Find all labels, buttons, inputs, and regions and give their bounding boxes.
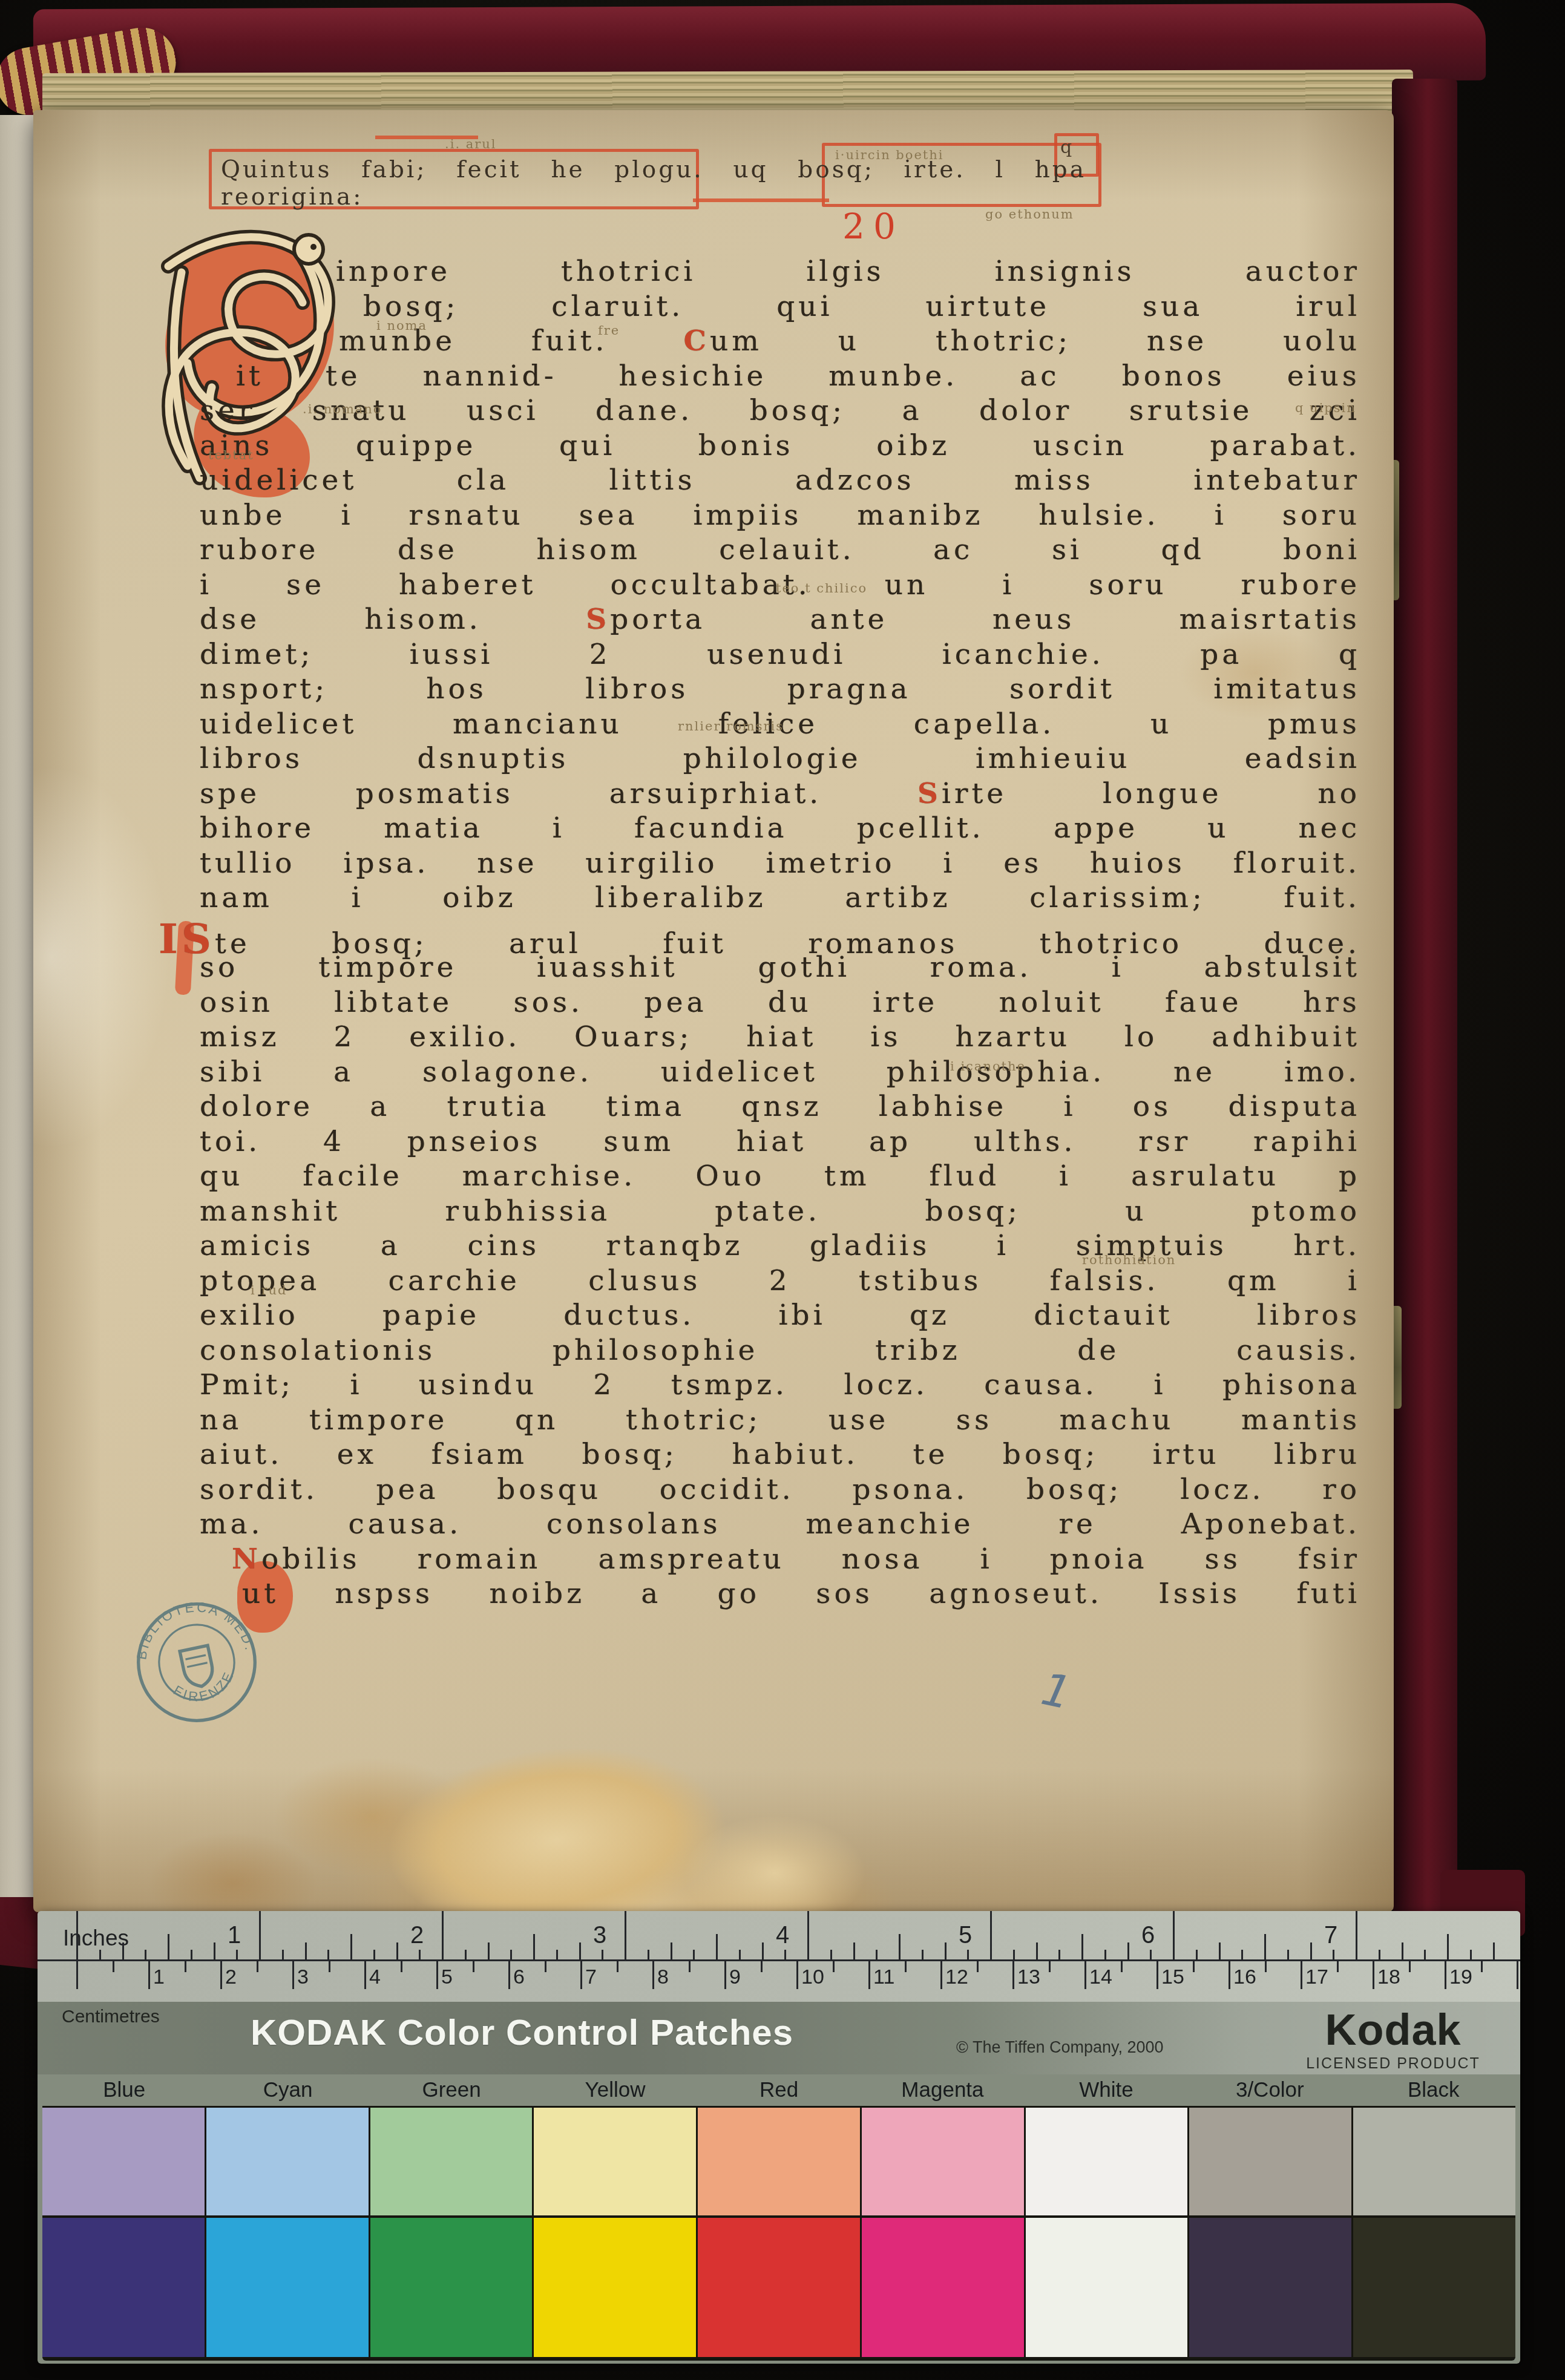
cm-number: 9 [729,1965,741,1989]
half-cm-tick [329,1961,330,1972]
patch-label-yellow: Yellow [585,2078,646,2102]
inch-sub-tick [488,1942,490,1959]
patch-tint-blue [42,2108,205,2215]
inch-sub-tick [1493,1942,1495,1959]
inch-tick [625,1911,626,1959]
patch-labels-row: BlueCyanGreenYellowRedMagentaWhite3/Colo… [38,2074,1520,2106]
cm-number: 12 [945,1965,968,1989]
half-cm-tick [113,1961,114,1972]
patch-solid-3-color [1189,2218,1351,2357]
inch-number: 2 [410,1922,424,1949]
half-cm-tick [761,1961,763,1972]
stamp-arc-bottom: FIRENZE [168,1665,242,1710]
manuscript-line: inpore thotrici ilgis insignis auctor [336,257,1360,286]
inch-number: 6 [1141,1922,1155,1949]
inch-tick [259,1911,261,1959]
inch-sub-tick [1013,1950,1015,1959]
patch-label-white: White [1079,2078,1133,2102]
patch-tint-magenta [862,2108,1024,2215]
patch-solid-blue [42,2218,205,2357]
cm-tick [1157,1961,1158,1989]
manuscript-line: dimet; iussi 2 usenudi icanchie. pa q [200,640,1360,669]
manuscript-line: rubore dse hisom celauit. ac si qd boni [200,536,1360,564]
half-cm-tick [1481,1961,1483,1972]
book-cover-right-edge [1392,79,1457,1912]
patch-solid-cyan [206,2218,369,2357]
half-cm-tick [185,1961,186,1972]
patch-grid [42,2106,1515,2361]
patch-solid-black [1353,2218,1515,2357]
half-cm-tick [1337,1961,1339,1972]
ruler-divider-line [38,1959,1520,1961]
inch-sub-tick [648,1950,649,1959]
cm-tick [940,1961,942,1989]
manuscript-line: libros dsnuptis philologie imhieuiu eads… [200,744,1360,773]
cm-tick [148,1961,150,1989]
manuscript-line: munbe fuit. Cum u thotric; nse uolu [339,327,1360,355]
inch-sub-tick [510,1950,512,1959]
inch-sub-tick [327,1950,329,1959]
manuscript-line: sibi a solagone. uidelicet philosophia. … [200,1058,1360,1086]
interlinear-gloss: go ethonum [985,207,1074,221]
patch-solid-yellow [534,2218,696,2357]
manuscript-line: amicis a cins rtanqbz gladiis i simptuis… [200,1231,1360,1260]
cm-tick [580,1961,582,1989]
manuscript-line: bihore matia i facundia pcellit. appe u … [200,814,1360,842]
half-cm-tick [473,1961,474,1972]
manuscript-line: toi. 4 pnseios sum hiat ap ulths. rsr ra… [200,1127,1360,1156]
inch-sub-tick [465,1950,467,1959]
kodak-title: KODAK Color Control Patches [251,2011,793,2053]
cm-tick [1301,1961,1302,1989]
inch-sub-tick [762,1942,764,1959]
inch-sub-tick [579,1942,581,1959]
cm-number: 15 [1161,1965,1184,1989]
half-cm-tick [401,1961,402,1972]
inch-number: 7 [1324,1922,1337,1949]
cm-number: 18 [1377,1965,1400,1989]
inch-sub-tick [122,1942,124,1959]
centimetres-label: Centimetres [62,2007,160,2027]
interlinear-gloss: i·uircin boethi [835,148,944,162]
patch-solid-red [698,2218,860,2357]
cm-tick [724,1961,726,1989]
inch-sub-tick [1036,1942,1038,1959]
interlinear-gloss: .i. nomano [303,402,382,416]
photograph-canvas: Quintus fabi; fecit he plogu. uq bosq; i… [0,0,1565,2380]
cm-tick [868,1961,870,1989]
inch-sub-tick [1104,1950,1106,1959]
interlinear-gloss: teo t chilico [776,581,867,595]
manuscript-line: so timpore iuasshit gothi roma. i abstul… [200,953,1360,982]
inch-sub-tick [99,1950,101,1959]
inch-number: 5 [959,1922,972,1949]
inch-sub-tick [739,1950,741,1959]
inch-sub-tick [1150,1950,1152,1959]
inch-sub-tick [533,1934,535,1959]
manuscript-line: nsport; hos libros pragna sordit imitatu… [200,675,1360,703]
manuscript-line: it te nannid- hesichie munbe. ac bonos e… [236,362,1360,390]
kodak-color-control-strip: Inches 123456712345678910111213141516171… [38,1911,1520,2364]
inch-number: 3 [593,1922,606,1949]
cm-number: 4 [369,1965,381,1989]
inch-sub-tick [1424,1950,1426,1959]
inch-sub-tick [602,1950,603,1959]
interlinear-gloss: i rud [251,1283,287,1297]
manuscript-line: ma. causa. consolans meanchie re Aponeba… [200,1510,1360,1538]
interlinear-gloss: rothohiation [1082,1253,1176,1267]
beast-head [294,235,323,264]
patch-label-black: Black [1408,2078,1460,2102]
half-cm-tick [977,1961,979,1972]
inch-sub-tick [1264,1934,1266,1959]
cm-tick [508,1961,510,1989]
manuscript-line: bosq; claruit. qui uirtute sua irul [363,292,1360,321]
tiffen-copyright: © The Tiffen Company, 2000 [956,2038,1164,2057]
patch-tint-red [698,2108,860,2215]
cm-tick [1084,1961,1086,1989]
inch-sub-tick [784,1950,786,1959]
patch-label-cyan: Cyan [263,2078,313,2102]
inch-sub-tick [1333,1950,1334,1959]
interlinear-gloss: i icanothe [950,1059,1026,1074]
inch-sub-tick [1379,1950,1380,1959]
manuscript-line: unbe i rsnatu sea impiis manibz hulsie. … [200,501,1360,529]
inch-tick [1356,1911,1357,1959]
half-cm-tick [1193,1961,1195,1972]
half-cm-tick [1121,1961,1123,1972]
inch-sub-tick [191,1950,192,1959]
inch-sub-tick [1058,1950,1060,1959]
half-cm-tick [617,1961,618,1972]
cm-tick [220,1961,222,1989]
manuscript-line: sordit. pea bosqu occidit. psona. bosq; … [200,1475,1360,1504]
cm-number: 10 [801,1965,824,1989]
inch-sub-tick [967,1950,969,1959]
patch-tint-cyan [206,2108,369,2215]
manuscript-line: dolore a trutia tima qnsz labhise i os d… [200,1092,1360,1121]
cm-number: 13 [1017,1965,1040,1989]
inch-sub-tick [396,1942,398,1959]
inch-sub-tick [922,1950,924,1959]
cm-number: 17 [1305,1965,1328,1989]
inch-sub-tick [671,1942,672,1959]
cm-number: 19 [1449,1965,1472,1989]
cm-number: 7 [585,1965,597,1989]
inches-label: Inches [63,1926,129,1951]
cm-tick [796,1961,798,1989]
patch-tint-green [370,2108,533,2215]
half-cm-tick [1265,1961,1267,1972]
manuscript-line: manshit rubhissia ptate. bosq; u ptomo [200,1197,1360,1225]
inch-tick [442,1911,444,1959]
patch-label-green: Green [422,2078,481,2102]
inch-sub-tick [419,1950,421,1959]
cm-tick [1373,1961,1374,1989]
manuscript-line: na timpore qn thotric; use ss machu mant… [200,1406,1360,1434]
inch-sub-tick [693,1950,695,1959]
manuscript-line: nam i oibz liberalibz artibz clarissim; … [200,883,1360,912]
inch-tick [990,1911,992,1959]
inch-sub-tick [373,1950,375,1959]
half-cm-tick [1049,1961,1051,1972]
manuscript-line: ptopea carchie clusus 2 tstibus falsis. … [200,1267,1360,1295]
interlinear-gloss: rnlier romsris [678,719,784,733]
patch-solid-white [1026,2218,1188,2357]
cm-tick [1517,1961,1518,1989]
inch-sub-tick [1219,1942,1221,1959]
interlinear-gloss: fre [598,323,620,338]
rubric-text: Quintus fabi; fecit he plogu. uq bosq; i… [221,156,1086,211]
inch-sub-tick [305,1942,307,1959]
inch-sub-tick [716,1934,718,1959]
manuscript-line: ains quippe qui bonis oibz uscin parabat… [200,431,1360,460]
inch-tick [76,1911,78,1959]
patch-label-magenta: Magenta [901,2078,983,2102]
inch-sub-tick [1287,1950,1289,1959]
manuscript-line: exilio papie ductus. ibi qz dictauit lib… [200,1301,1360,1329]
rubric-corner-letter: q [1060,137,1072,158]
patch-tint-yellow [534,2108,696,2215]
manuscript-line: qu facile marchise. Ouo tm flud i asrula… [200,1162,1360,1190]
cm-number: 2 [225,1965,237,1989]
interlinear-gloss: tebtat [208,448,254,462]
inch-sub-tick [853,1942,855,1959]
inch-sub-tick [236,1950,238,1959]
stamp-crest [180,1645,215,1690]
inch-tick [807,1911,809,1959]
inch-number: 1 [228,1922,241,1949]
cm-number: 3 [297,1965,309,1989]
inch-sub-tick [830,1950,832,1959]
cm-number: 6 [513,1965,525,1989]
folio-number-red: 20 [842,206,904,247]
inch-number: 4 [776,1922,789,1949]
patch-solid-magenta [862,2218,1024,2357]
patch-label-3-color: 3/Color [1236,2078,1304,2102]
cm-tick [652,1961,654,1989]
cm-number: 11 [873,1965,894,1989]
half-cm-tick [545,1961,546,1972]
patch-tint-white [1026,2108,1188,2215]
cm-number: 14 [1089,1965,1112,1989]
manuscript-line: osin libtate sos. pea du irte noluit fau… [200,988,1360,1017]
inch-sub-tick [214,1942,215,1959]
cm-tick [1012,1961,1014,1989]
manuscript-line: Nobilis romain amspreatu nosa i pnoia ss… [232,1545,1360,1573]
inch-sub-tick [945,1942,947,1959]
ruler: Inches 123456712345678910111213141516171… [38,1911,1520,2002]
library-stamp: BIBLIOTECA MED. LAUR. FIRENZE [120,1585,274,1739]
manuscript-line: Pmit; i usindu 2 tsmpz. locz. causa. i p… [200,1371,1360,1399]
licensed-product-label: LICENSED PRODUCT [1272,2055,1514,2073]
cm-tick [292,1961,294,1989]
cm-tick [76,1961,78,1989]
manuscript-line: uidelicet cla littis adzcos miss intebat… [200,466,1360,494]
cm-tick [364,1961,366,1989]
inch-sub-tick [1310,1942,1312,1959]
inch-tick [1173,1911,1175,1959]
half-cm-tick [833,1961,835,1972]
inch-sub-tick [1470,1950,1472,1959]
cm-tick [1445,1961,1446,1989]
inch-sub-tick [350,1934,352,1959]
cm-number: 8 [657,1965,669,1989]
inch-sub-tick [282,1950,284,1959]
interlinear-gloss: .i. arul [445,137,497,151]
cm-number: 1 [153,1965,165,1989]
cm-tick [436,1961,438,1989]
half-cm-tick [689,1961,691,1972]
manuscript-line: tullio ipsa. nse uirgilio imetrio i es h… [200,849,1360,877]
inch-sub-tick [1127,1942,1129,1959]
inch-sub-tick [556,1950,558,1959]
inch-sub-tick [899,1934,901,1959]
manuscript-line: misz 2 exilio. Ouars; hiat is hzartu lo … [200,1023,1360,1051]
inch-sub-tick [876,1950,878,1959]
inch-sub-tick [1447,1934,1449,1959]
svg-text:FIRENZE: FIRENZE [168,1665,242,1710]
cm-number: 5 [441,1965,453,1989]
manuscript-line: consolationis philosophie tribz de causi… [200,1336,1360,1365]
inch-sub-tick [1402,1942,1403,1959]
patch-tint-black [1353,2108,1515,2215]
manuscript-line: spe posmatis arsuiprhiat. Sirte longue n… [200,779,1360,808]
kodak-logo: Kodak [1272,2005,1514,2055]
inch-sub-tick [1241,1950,1243,1959]
inch-sub-tick [1081,1934,1083,1959]
interlinear-gloss: i noma [376,318,427,333]
patch-solid-green [370,2218,533,2357]
manuscript-line: ut nspss noibz a go sos agnoseut. Issis … [242,1579,1360,1608]
cm-tick [1229,1961,1230,1989]
patch-label-blue: Blue [103,2078,145,2102]
patch-tint-3-color [1189,2108,1351,2215]
half-cm-tick [257,1961,258,1972]
cm-number: 16 [1233,1965,1256,1989]
patch-label-red: Red [760,2078,798,2102]
half-cm-tick [905,1961,907,1972]
inch-sub-tick [168,1934,169,1959]
half-cm-tick [1409,1961,1411,1972]
interlinear-gloss: q uipsin [1295,401,1356,415]
manuscript-line: aiut. ex fsiam bosq; habiut. te bosq; ir… [200,1440,1360,1469]
inch-sub-tick [145,1950,146,1959]
manuscript-line: dse hisom. Sporta ante neus maisrtatis [200,605,1360,634]
inch-sub-tick [1196,1950,1198,1959]
